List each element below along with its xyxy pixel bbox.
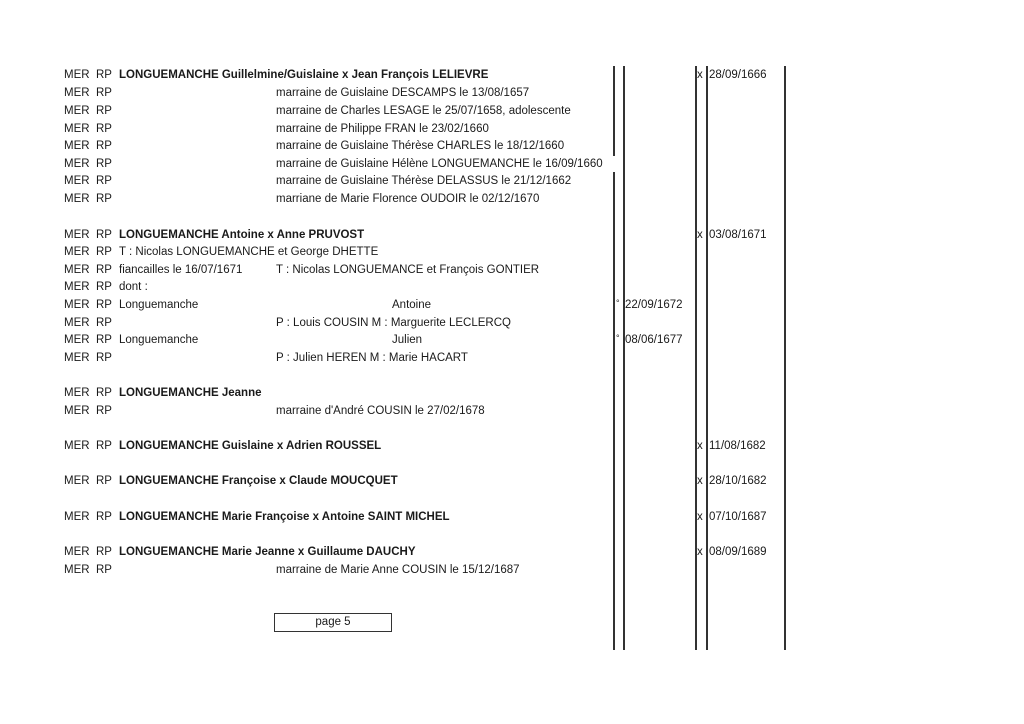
mer-code: MER	[64, 508, 90, 526]
given-name: Antoine	[392, 296, 431, 314]
rp-code: RP	[96, 261, 112, 279]
mer-code: MER	[64, 261, 90, 279]
entry-detail: P : Julien HEREN M : Marie HACART	[276, 349, 468, 367]
marriage-mark: x	[697, 437, 703, 455]
rp-code: RP	[96, 543, 112, 561]
entry-name: LONGUEMANCHE Antoine x Anne PRUVOST	[119, 226, 364, 244]
mer-code: MER	[64, 190, 90, 208]
rp-code: RP	[96, 226, 112, 244]
entry-name: LONGUEMANCHE Marie Françoise x Antoine S…	[119, 508, 450, 526]
rp-code: RP	[96, 314, 112, 332]
marriage-date: 28/09/1666	[709, 66, 767, 84]
rp-code: RP	[96, 349, 112, 367]
entry-detail: P : Louis COUSIN M : Marguerite LECLERCQ	[276, 314, 511, 332]
mer-code: MER	[64, 155, 90, 173]
entry-name: LONGUEMANCHE Jeanne	[119, 384, 262, 402]
mer-code: MER	[64, 472, 90, 490]
rp-code: RP	[96, 172, 112, 190]
rp-code: RP	[96, 472, 112, 490]
marriage-date: 07/10/1687	[709, 508, 767, 526]
mer-code: MER	[64, 172, 90, 190]
mer-code: MER	[64, 102, 90, 120]
mer-code: MER	[64, 314, 90, 332]
page-number: page 5	[315, 616, 350, 628]
mer-code: MER	[64, 561, 90, 579]
column-rule	[706, 66, 708, 650]
rp-code: RP	[96, 508, 112, 526]
entry-detail: marriane de Marie Florence OUDOIR le 02/…	[276, 190, 539, 208]
rp-code: RP	[96, 278, 112, 296]
page-number-box: page 5	[274, 613, 392, 632]
entry-name: LONGUEMANCHE Marie Jeanne x Guillaume DA…	[119, 543, 416, 561]
rp-code: RP	[96, 243, 112, 261]
entry-detail: marraine de Charles LESAGE le 25/07/1658…	[276, 102, 571, 120]
rp-code: RP	[96, 331, 112, 349]
column-rule	[613, 66, 615, 650]
column-rule	[623, 66, 625, 650]
rp-code: RP	[96, 155, 112, 173]
mer-code: MER	[64, 66, 90, 84]
rp-code: RP	[96, 137, 112, 155]
mer-code: MER	[64, 278, 90, 296]
birth-mark: °	[616, 331, 620, 345]
marriage-mark: x	[697, 66, 703, 84]
birth-date: 22/09/1672	[625, 296, 683, 314]
entry-name: Longuemanche	[119, 296, 198, 314]
birth-mark: °	[616, 296, 620, 310]
entry-name: T : Nicolas LONGUEMANCHE et George DHETT…	[119, 243, 378, 261]
mer-code: MER	[64, 84, 90, 102]
rp-code: RP	[96, 561, 112, 579]
entry-name: Longuemanche	[119, 331, 198, 349]
marriage-mark: x	[697, 472, 703, 490]
rp-code: RP	[96, 190, 112, 208]
mer-code: MER	[64, 137, 90, 155]
mer-code: MER	[64, 243, 90, 261]
marriage-date: 08/09/1689	[709, 543, 767, 561]
entry-name: fiancailles le 16/07/1671	[119, 261, 242, 279]
column-rule	[784, 66, 786, 650]
mer-code: MER	[64, 384, 90, 402]
rp-code: RP	[96, 296, 112, 314]
rp-code: RP	[96, 84, 112, 102]
column-rule	[695, 66, 697, 650]
birth-date: 08/06/1677	[625, 331, 683, 349]
mer-code: MER	[64, 331, 90, 349]
rp-code: RP	[96, 402, 112, 420]
marriage-date: 03/08/1671	[709, 226, 767, 244]
entry-name: LONGUEMANCHE Guislaine x Adrien ROUSSEL	[119, 437, 381, 455]
marriage-mark: x	[697, 508, 703, 526]
entry-name: LONGUEMANCHE Françoise x Claude MOUCQUET	[119, 472, 398, 490]
rp-code: RP	[96, 437, 112, 455]
marriage-date: 11/08/1682	[709, 437, 766, 455]
mer-code: MER	[64, 402, 90, 420]
mer-code: MER	[64, 226, 90, 244]
entry-detail: marraine d'André COUSIN le 27/02/1678	[276, 402, 485, 420]
marriage-mark: x	[697, 543, 703, 561]
entry-name: LONGUEMANCHE Guillelmine/Guislaine x Jea…	[119, 66, 488, 84]
rp-code: RP	[96, 120, 112, 138]
entry-detail: marraine de Guislaine Hélène LONGUEMANCH…	[276, 155, 603, 173]
rp-code: RP	[96, 102, 112, 120]
entry-detail: marraine de Guislaine DESCAMPS le 13/08/…	[276, 84, 529, 102]
rp-code: RP	[96, 384, 112, 402]
marriage-mark: x	[697, 226, 703, 244]
rule-gap	[611, 156, 617, 172]
entry-detail: marraine de Guislaine Thérèse CHARLES le…	[276, 137, 564, 155]
entry-detail: marraine de Marie Anne COUSIN le 15/12/1…	[276, 561, 520, 579]
entry-detail: marraine de Philippe FRAN le 23/02/1660	[276, 120, 489, 138]
mer-code: MER	[64, 349, 90, 367]
entry-name: dont :	[119, 278, 148, 296]
entry-detail: marraine de Guislaine Thérèse DELASSUS l…	[276, 172, 571, 190]
mer-code: MER	[64, 437, 90, 455]
mer-code: MER	[64, 543, 90, 561]
marriage-date: 28/10/1682	[709, 472, 767, 490]
rp-code: RP	[96, 66, 112, 84]
entry-detail: T : Nicolas LONGUEMANCE et François GONT…	[276, 261, 539, 279]
mer-code: MER	[64, 120, 90, 138]
given-name: Julien	[392, 331, 422, 349]
mer-code: MER	[64, 296, 90, 314]
